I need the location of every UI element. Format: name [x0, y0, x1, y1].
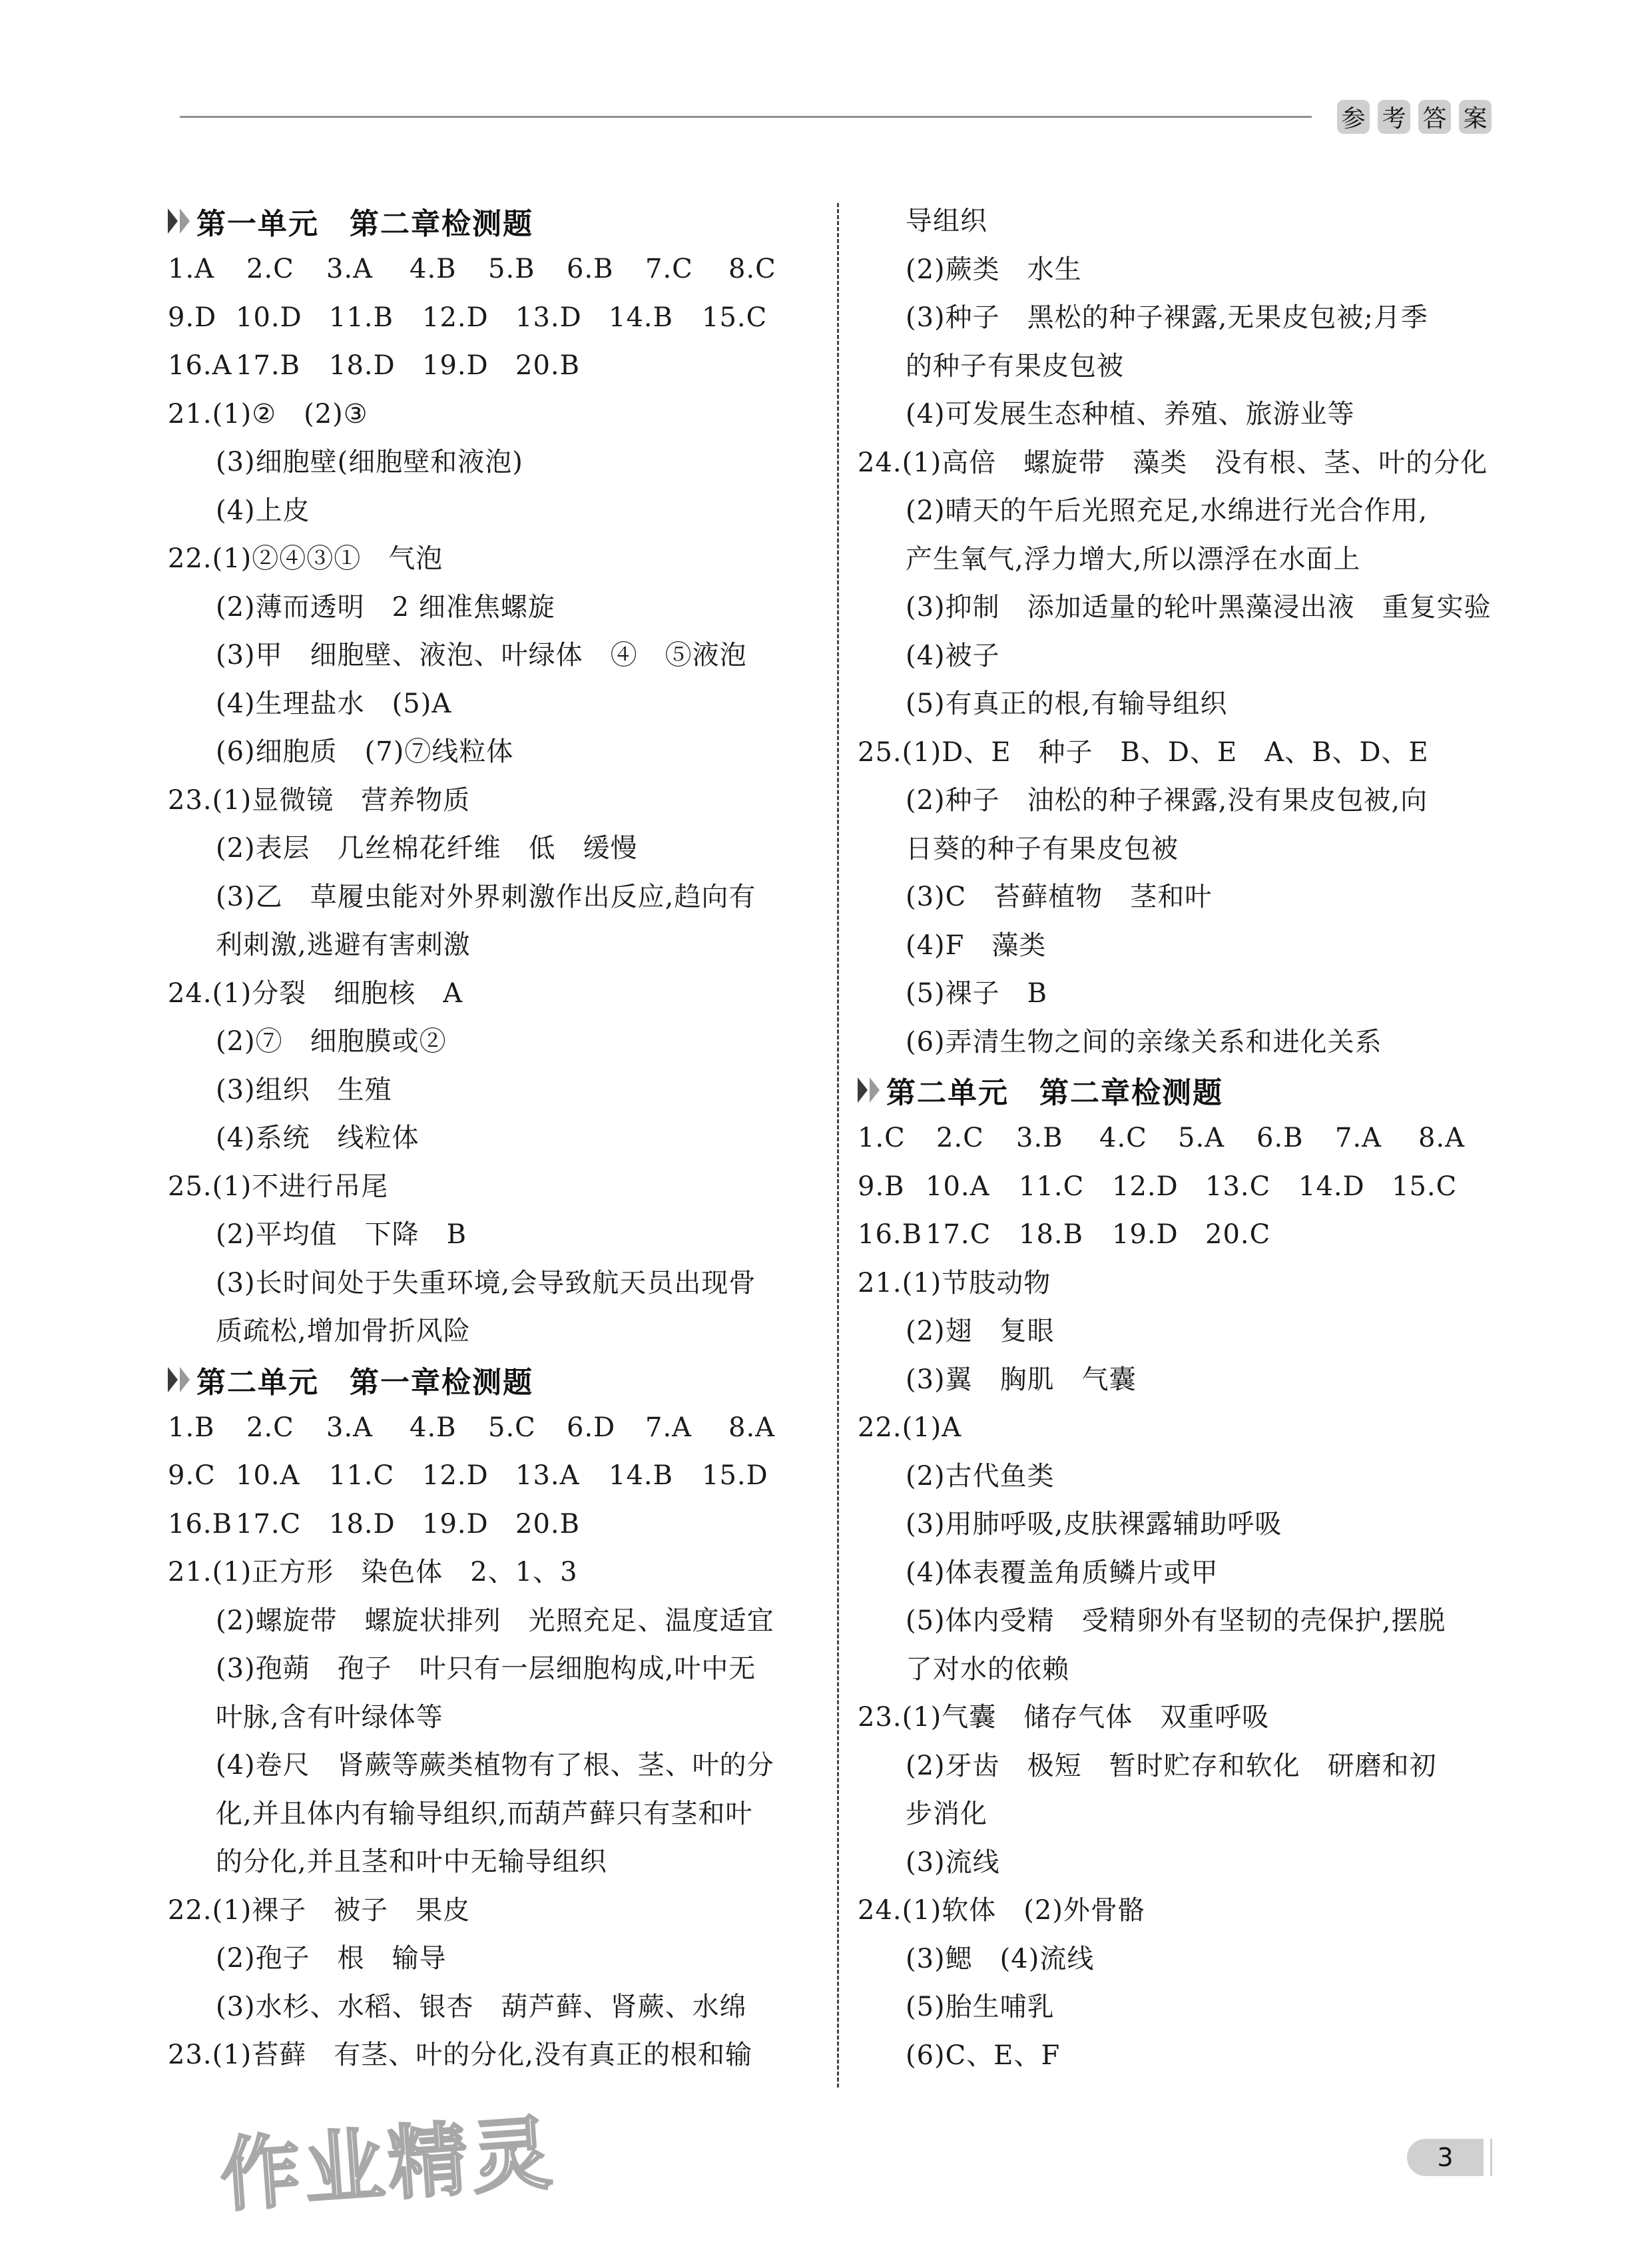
answer-line: 25.(1)D、E 种子 B、D、E A、B、D、E	[858, 728, 1497, 777]
answer-line: 化,并且体内有输导组织,而葫芦藓只有茎和叶	[168, 1790, 807, 1838]
section-title: 第二单元 第二章检测题	[858, 1066, 1497, 1114]
answer-line: (2)孢子 根 输导	[168, 1934, 807, 1983]
answer-line: 24.(1)软体 (2)外骨骼	[858, 1886, 1497, 1935]
mc-answer: 7.A	[1335, 1114, 1418, 1163]
mc-answer: 5.A	[1178, 1114, 1256, 1163]
mc-answer: 14.B	[609, 294, 702, 342]
watermark: 作业精灵	[216, 2090, 559, 2227]
answer-lines: 导组织(2)蕨类 水生(3)种子 黑松的种子裸露,无果皮包被;月季的种子有果皮包…	[858, 197, 1497, 1066]
mc-answer: 2.C	[246, 245, 326, 294]
answer-line: (4)上皮	[168, 487, 807, 535]
page-number-tick	[1490, 2139, 1492, 2176]
answer-line: (6)C、E、F	[858, 2032, 1497, 2080]
answer-lines: 21.(1)② (2)③(3)细胞壁(细胞壁和液泡)(4)上皮22.(1)②④③…	[168, 390, 807, 1356]
double-arrow-icon	[168, 208, 190, 234]
header-badge: 考	[1378, 100, 1410, 134]
column-divider	[837, 203, 839, 2088]
answer-line: (5)胎生哺乳	[858, 1983, 1497, 2032]
mc-answer: 1.C	[858, 1114, 936, 1163]
mc-answer: 16.B	[858, 1211, 926, 1259]
mc-answer: 13.D	[515, 294, 609, 342]
answer-line: 23.(1)苔藓 有茎、叶的分化,没有真正的根和输	[168, 2031, 807, 2080]
mc-answer: 6.D	[567, 1404, 645, 1452]
answer-line: (6)弄清生物之间的亲缘关系和进化关系	[858, 1018, 1497, 1067]
answer-line: 22.(1)②④③① 气泡	[168, 535, 807, 583]
answer-line: (2)晴天的午后光照充足,水绵进行光合作用,	[858, 487, 1497, 535]
answer-line: (2)翅 复眼	[858, 1307, 1497, 1356]
mc-answer: 8.A	[1418, 1114, 1497, 1163]
answer-line: (3)鳃 (4)流线	[858, 1935, 1497, 1984]
mc-answer: 19.D	[422, 342, 515, 390]
answer-line: (3)孢蒴 孢子 叶只有一层细胞构成,叶中无	[168, 1645, 807, 1693]
answer-lines: 21.(1)节肢动物(2)翅 复眼(3)翼 胸肌 气囊22.(1)A(2)古代鱼…	[858, 1259, 1497, 2080]
answer-line: (3)流线	[858, 1838, 1497, 1887]
answer-line: 22.(1)A	[858, 1404, 1497, 1452]
mc-answer: 8.C	[728, 245, 807, 294]
mc-answer: 17.C	[236, 1500, 329, 1549]
answer-line: (3)水杉、水稻、银杏 葫芦藓、肾蕨、水绵	[168, 1983, 807, 2032]
mc-answer: 14.B	[609, 1452, 702, 1500]
mc-answer: 5.B	[488, 245, 567, 294]
mc-answer: 20.B	[515, 1500, 609, 1549]
answer-line: (2)种子 油松的种子裸露,没有果皮包被,向	[858, 776, 1497, 825]
mc-answer: 2.C	[936, 1114, 1016, 1163]
answer-line: (3)用肺呼吸,皮肤裸露辅助呼吸	[858, 1500, 1497, 1549]
answer-line: 日葵的种子有果皮包被	[858, 825, 1497, 874]
answer-line: (5)有真正的根,有输导组织	[858, 680, 1497, 728]
answer-line: (4)可发展生态种植、养殖、旅游业等	[858, 390, 1497, 439]
mc-answer: 20.C	[1205, 1211, 1298, 1259]
answer-line: 23.(1)显微镜 营养物质	[168, 776, 807, 825]
mc-answer: 14.D	[1298, 1163, 1392, 1211]
answer-line: 步消化	[858, 1790, 1497, 1838]
mc-answer: 11.B	[329, 294, 422, 342]
mc-answer: 15.D	[702, 1452, 795, 1500]
answer-line: 22.(1)裸子 被子 果皮	[168, 1886, 807, 1935]
section-chapter: 第二章检测题	[1039, 1069, 1223, 1111]
section-unit: 第一单元	[196, 200, 319, 242]
section-unit: 第二单元	[886, 1069, 1009, 1111]
answer-line: (2)螺旋带 螺旋状排列 光照充足、温度适宜	[168, 1597, 807, 1645]
mc-answer: 8.A	[728, 1404, 807, 1452]
mc-answer: 12.D	[1112, 1163, 1205, 1211]
answer-line: 21.(1)节肢动物	[858, 1259, 1497, 1308]
mc-row: 16.B17.C18.D19.D20.B	[168, 1500, 807, 1549]
mc-answer: 4.B	[410, 245, 488, 294]
mc-answer: 3.A	[326, 245, 410, 294]
answer-line: 25.(1)不进行吊尾	[168, 1163, 807, 1211]
answer-line: (5)裸子 B	[858, 970, 1497, 1018]
answer-lines: 21.(1)正方形 染色体 2、1、3(2)螺旋带 螺旋状排列 光照充足、温度适…	[168, 1548, 807, 2080]
answer-line: 质疏松,增加骨折风险	[168, 1307, 807, 1356]
answer-line: (3)乙 草履虫能对外界刺激作出反应,趋向有	[168, 873, 807, 922]
mc-answer: 19.D	[422, 1500, 515, 1549]
answer-line: (3)抑制 添加适量的轮叶黑藻浸出液 重复实验	[858, 583, 1497, 632]
mc-answers: 1.B2.C3.A4.B5.C6.D7.A8.A9.C10.A11.C12.D1…	[168, 1404, 807, 1549]
answer-line: (6)细胞质 (7)⑦线粒体	[168, 728, 807, 776]
section-chapter: 第二章检测题	[350, 200, 533, 242]
mc-answer: 15.C	[1392, 1163, 1485, 1211]
mc-answer: 17.B	[236, 342, 329, 390]
mc-answer: 6.B	[567, 245, 645, 294]
mc-row: 9.C10.A11.C12.D13.A14.B15.D	[168, 1452, 807, 1500]
answer-line: (3)组织 生殖	[168, 1066, 807, 1115]
mc-answer: 5.C	[488, 1404, 567, 1452]
mc-row: 1.B2.C3.A4.B5.C6.D7.A8.A	[168, 1404, 807, 1452]
answer-line: (3)甲 细胞壁、液泡、叶绿体 ④ ⑤液泡	[168, 631, 807, 680]
double-arrow-icon	[168, 1367, 190, 1392]
mc-answer: 4.B	[410, 1404, 488, 1452]
answer-line: 的种子有果皮包被	[858, 342, 1497, 391]
mc-answer: 17.C	[926, 1211, 1019, 1259]
answer-line: 利刺激,逃避有害刺激	[168, 921, 807, 970]
answer-line: (2)薄而透明 2 细准焦螺旋	[168, 583, 807, 632]
mc-answer: 3.B	[1016, 1114, 1099, 1163]
mc-answer: 7.A	[645, 1404, 728, 1452]
mc-answer: 2.C	[246, 1404, 326, 1452]
mc-answer: 18.B	[1019, 1211, 1112, 1259]
mc-answer: 15.C	[702, 294, 795, 342]
mc-answer: 10.A	[236, 1452, 329, 1500]
answer-line: (4)F 藻类	[858, 922, 1497, 970]
answer-line: 24.(1)高倍 螺旋带 藻类 没有根、茎、叶的分化	[858, 439, 1497, 487]
mc-answer: 9.D	[168, 294, 236, 342]
answer-line: 了对水的依赖	[858, 1645, 1497, 1694]
answer-line: (4)被子	[858, 632, 1497, 681]
page-number: 3	[1407, 2139, 1484, 2176]
mc-answer: 19.D	[1112, 1211, 1205, 1259]
answer-line: (2)⑦ 细胞膜或②	[168, 1017, 807, 1066]
mc-answer: 18.D	[329, 1500, 422, 1549]
answer-line: 叶脉,含有叶绿体等	[168, 1693, 807, 1742]
mc-answers: 1.A2.C3.A4.B5.B6.B7.C8.C9.D10.D11.B12.D1…	[168, 245, 807, 390]
section-title: 第一单元 第二章检测题	[168, 197, 807, 245]
mc-answer: 20.B	[515, 342, 609, 390]
mc-answer: 16.A	[168, 342, 236, 390]
mc-answer: 12.D	[422, 1452, 515, 1500]
answer-line: (3)长时间处于失重环境,会导致航天员出现骨	[168, 1259, 807, 1308]
mc-answer: 13.C	[1205, 1163, 1298, 1211]
mc-answer: 9.B	[858, 1163, 926, 1211]
answer-line: 21.(1)② (2)③	[168, 390, 807, 439]
mc-answer: 4.C	[1099, 1114, 1178, 1163]
answer-line: (2)牙齿 极短 暂时贮存和软化 研磨和初	[858, 1742, 1497, 1791]
section-chapter: 第一章检测题	[350, 1358, 533, 1401]
mc-answer: 1.B	[168, 1404, 246, 1452]
header-badges: 参 考 答 案	[1337, 100, 1492, 134]
mc-answer: 13.A	[515, 1452, 609, 1500]
right-column: 导组织(2)蕨类 水生(3)种子 黑松的种子裸露,无果皮包被;月季的种子有果皮包…	[858, 197, 1497, 2080]
mc-answer: 6.B	[1256, 1114, 1335, 1163]
answer-line: 23.(1)气囊 储存气体 双重呼吸	[858, 1693, 1497, 1742]
answer-line: 导组织	[858, 197, 1497, 246]
answer-line: 的分化,并且茎和叶中无输导组织	[168, 1838, 807, 1886]
left-column: 第一单元 第二章检测题 1.A2.C3.A4.B5.B6.B7.C8.C9.D1…	[168, 197, 807, 2080]
answer-line: (2)平均值 下降 B	[168, 1211, 807, 1259]
mc-row: 16.A17.B18.D19.D20.B	[168, 342, 807, 390]
mc-row: 16.B17.C18.B19.D20.C	[858, 1211, 1497, 1259]
section-title: 第二单元 第一章检测题	[168, 1356, 807, 1404]
answer-line: (3)翼 胸肌 气囊	[858, 1356, 1497, 1404]
mc-answer: 16.B	[168, 1500, 236, 1549]
answer-line: 产生氧气,浮力增大,所以漂浮在水面上	[858, 535, 1497, 584]
mc-answer: 12.D	[422, 294, 515, 342]
answer-line: (3)细胞壁(细胞壁和液泡)	[168, 438, 807, 487]
header-rule	[180, 116, 1312, 118]
mc-answers: 1.C2.C3.B4.C5.A6.B7.A8.A9.B10.A11.C12.D1…	[858, 1114, 1497, 1259]
mc-answer: 10.A	[926, 1163, 1019, 1211]
answer-line: (2)古代鱼类	[858, 1452, 1497, 1501]
answer-line: 24.(1)分裂 细胞核 A	[168, 970, 807, 1018]
mc-row: 1.C2.C3.B4.C5.A6.B7.A8.A	[858, 1114, 1497, 1163]
answer-line: (4)卷尺 肾蕨等蕨类植物有了根、茎、叶的分	[168, 1741, 807, 1790]
header-badge: 参	[1337, 100, 1370, 134]
answer-line: (2)表层 几丝棉花纤维 低 缓慢	[168, 824, 807, 873]
header-badge: 案	[1459, 100, 1492, 134]
answer-line: (4)体表覆盖角质鳞片或甲	[858, 1549, 1497, 1597]
answer-line: 21.(1)正方形 染色体 2、1、3	[168, 1548, 807, 1597]
header-badge: 答	[1418, 100, 1451, 134]
mc-answer: 9.C	[168, 1452, 236, 1500]
mc-answer: 11.C	[1019, 1163, 1112, 1211]
answer-line: (4)系统 线粒体	[168, 1114, 807, 1163]
mc-row: 9.B10.A11.C12.D13.C14.D15.C	[858, 1163, 1497, 1211]
mc-answer: 7.C	[645, 245, 728, 294]
answer-line: (3)种子 黑松的种子裸露,无果皮包被;月季	[858, 294, 1497, 342]
mc-answer: 3.A	[326, 1404, 410, 1452]
answer-line: (3)C 苔藓植物 茎和叶	[858, 873, 1497, 922]
double-arrow-icon	[858, 1077, 880, 1103]
section-unit: 第二单元	[196, 1358, 319, 1401]
mc-row: 9.D10.D11.B12.D13.D14.B15.C	[168, 294, 807, 342]
mc-answer: 18.D	[329, 342, 422, 390]
answer-line: (2)蕨类 水生	[858, 246, 1497, 294]
mc-answer: 1.A	[168, 245, 246, 294]
mc-answer: 10.D	[236, 294, 329, 342]
answer-line: (4)生理盐水 (5)A	[168, 680, 807, 728]
mc-row: 1.A2.C3.A4.B5.B6.B7.C8.C	[168, 245, 807, 294]
answer-line: (5)体内受精 受精卵外有坚韧的壳保护,摆脱	[858, 1597, 1497, 1645]
mc-answer: 11.C	[329, 1452, 422, 1500]
